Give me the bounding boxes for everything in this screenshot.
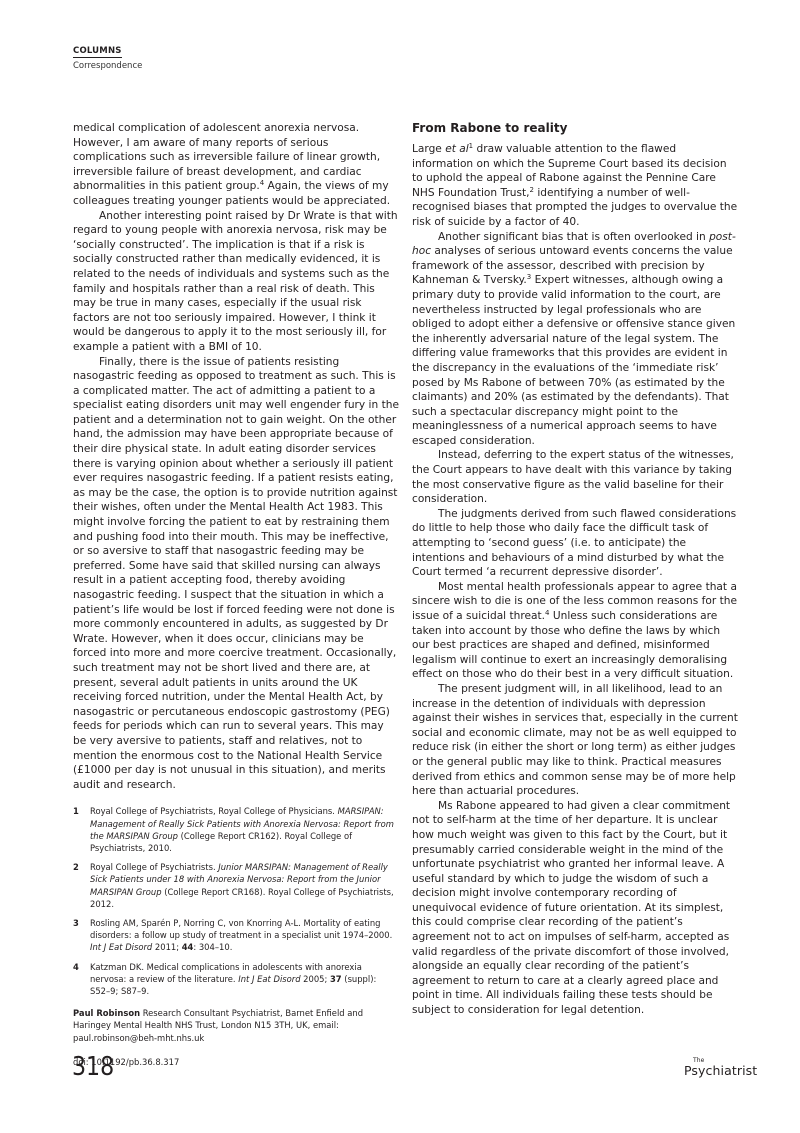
italic-text: et al <box>445 143 468 155</box>
reference-item: 4Katzman DK. Medical complications in ad… <box>73 961 399 998</box>
paragraph: Large et al1 draw valuable attention to … <box>412 142 738 230</box>
text-run: The present judgment will, in all likeli… <box>412 683 738 797</box>
paragraph: Instead, deferring to the expert status … <box>412 448 738 506</box>
page-number: 318 <box>72 1052 114 1082</box>
letter-body: Large et al1 draw valuable attention to … <box>412 142 738 1018</box>
subsection-label: Correspondence <box>73 60 142 72</box>
text-run: Royal College of Psychiatrists. <box>90 862 218 872</box>
reference-text: Rosling AM, Sparén P, Norring C, von Kno… <box>90 917 399 954</box>
section-label: COLUMNS <box>73 46 122 58</box>
italic-text: Int J Eat Disord <box>90 942 152 952</box>
text-run: Expert witnesses, although owing a prima… <box>412 274 735 447</box>
paragraph: Another significant bias that is often o… <box>412 230 738 449</box>
text-run: Large <box>412 143 445 155</box>
reference-item: 2Royal College of Psychiatrists. Junior … <box>73 861 399 910</box>
text-run: 2005; <box>301 974 330 984</box>
reference-list: 1Royal College of Psychiatrists, Royal C… <box>73 805 399 997</box>
journal-logo-name: Psychiatrist <box>684 1063 757 1078</box>
letter-body: medical complication of adolescent anore… <box>73 121 399 792</box>
text-run: : 304–10. <box>193 942 232 952</box>
reference-text: Royal College of Psychiatrists, Royal Co… <box>90 805 399 854</box>
left-column: medical complication of adolescent anore… <box>73 121 399 1068</box>
article-title: From Rabone to reality <box>412 121 738 135</box>
paragraph: The judgments derived from such flawed c… <box>412 507 738 580</box>
text-run: Instead, deferring to the expert status … <box>412 449 734 505</box>
reference-text: Katzman DK. Medical complications in ado… <box>90 961 399 998</box>
text-run: Rosling AM, Sparén P, Norring C, von Kno… <box>90 918 392 940</box>
bold-text: 37 <box>330 974 342 984</box>
text-run: Royal College of Psychiatrists, Royal Co… <box>90 806 338 816</box>
text-run: Another significant bias that is often o… <box>438 231 709 243</box>
paragraph: The present judgment will, in all likeli… <box>412 682 738 799</box>
reference-number: 2 <box>73 861 90 910</box>
doi[interactable]: doi: 10.1192/pb.36.8.317 <box>73 1056 399 1068</box>
bold-text: 44 <box>182 942 194 952</box>
reference-number: 1 <box>73 805 90 854</box>
text-run: The judgments derived from such flawed c… <box>412 508 736 578</box>
reference-item: 1Royal College of Psychiatrists, Royal C… <box>73 805 399 854</box>
text-run: Another interesting point raised by Dr W… <box>73 210 398 353</box>
paragraph: Ms Rabone appeared to had given a clear … <box>412 799 738 1018</box>
reference-text: Royal College of Psychiatrists. Junior M… <box>90 861 399 910</box>
journal-logo-the: The <box>693 1057 704 1064</box>
text-run: Finally, there is the issue of patients … <box>73 356 399 791</box>
reference-number: 4 <box>73 961 90 998</box>
paragraph: Another interesting point raised by Dr W… <box>73 209 399 355</box>
running-header: COLUMNS Correspondence <box>73 38 142 72</box>
author-block: Paul Robinson Research Consultant Psychi… <box>73 1007 399 1044</box>
reference-item: 3Rosling AM, Sparén P, Norring C, von Kn… <box>73 917 399 954</box>
journal-logo: The Psychiatrist <box>684 1063 757 1078</box>
right-column: From Rabone to reality Large et al1 draw… <box>412 121 738 1018</box>
paragraph: medical complication of adolescent anore… <box>73 121 399 209</box>
text-run: 2011; <box>152 942 181 952</box>
text-run: Ms Rabone appeared to had given a clear … <box>412 800 730 1016</box>
italic-text: Int J Eat Disord <box>238 974 300 984</box>
paragraph: Most mental health professionals appear … <box>412 580 738 682</box>
paragraph: Finally, there is the issue of patients … <box>73 355 399 793</box>
author-name: Paul Robinson <box>73 1008 140 1018</box>
reference-number: 3 <box>73 917 90 954</box>
